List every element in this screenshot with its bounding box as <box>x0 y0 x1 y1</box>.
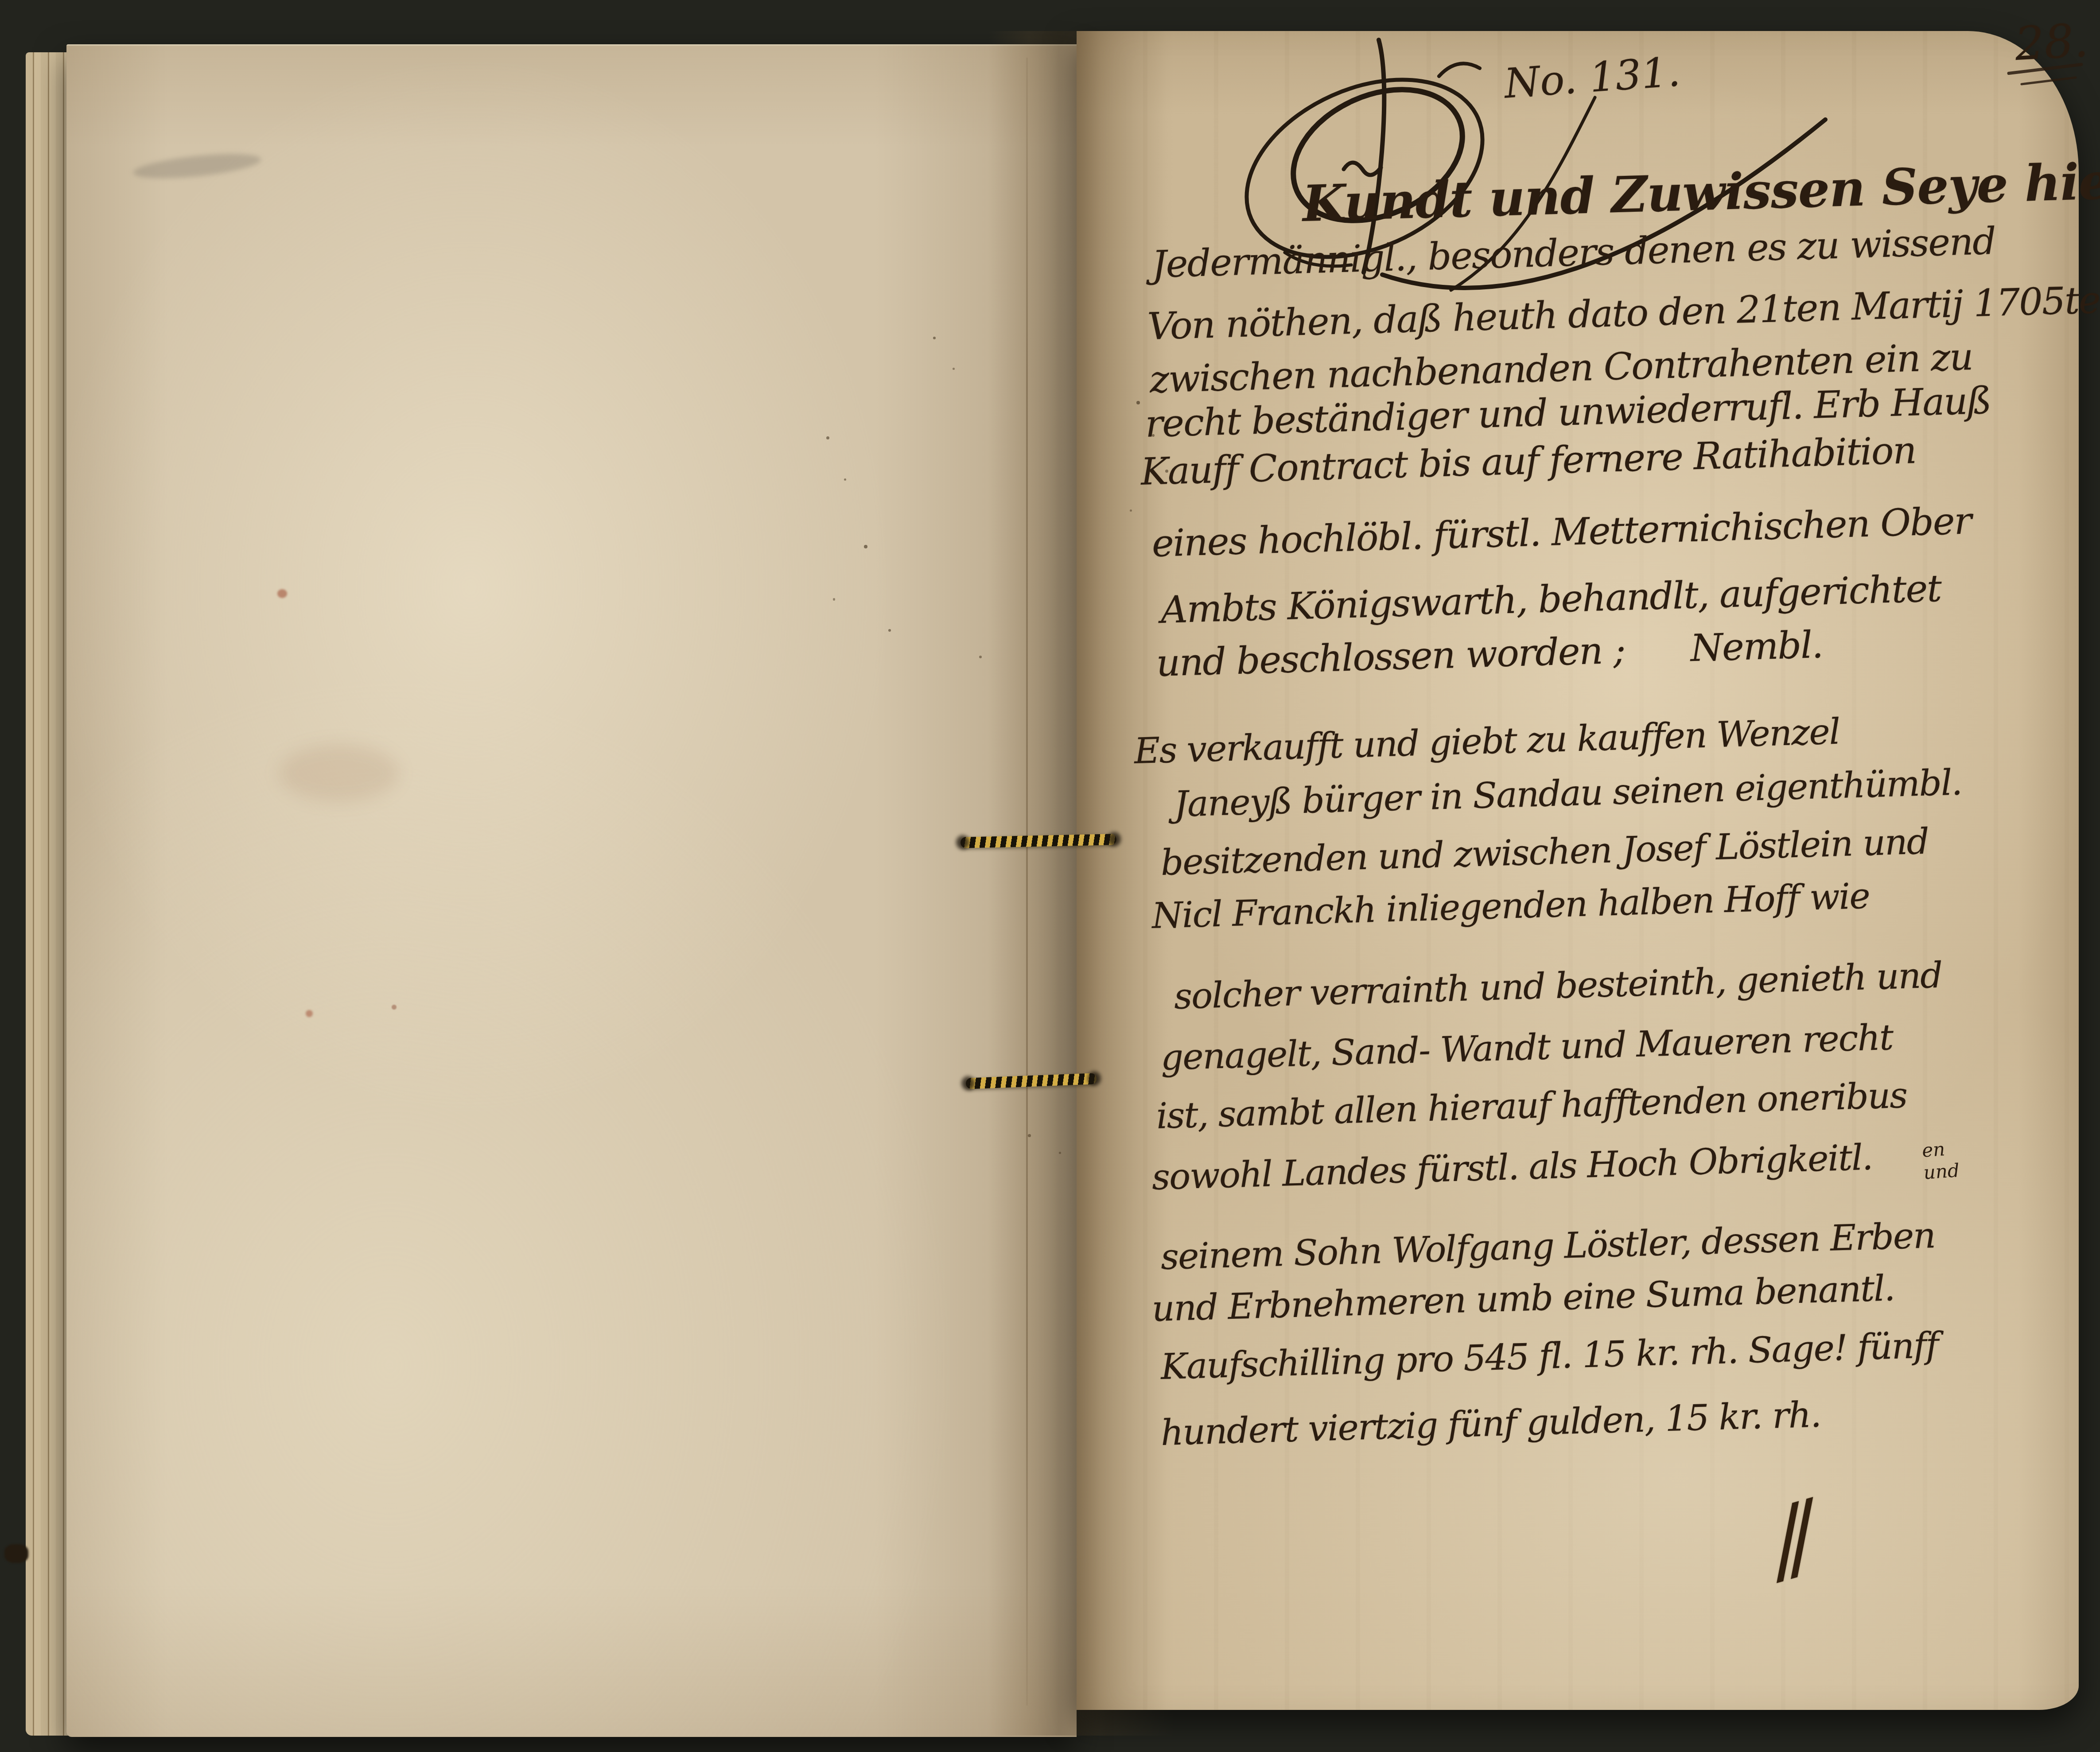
ink-speck <box>826 436 829 439</box>
ink-speck <box>933 337 936 339</box>
fox-stain <box>279 744 399 802</box>
ink-speck <box>844 478 846 481</box>
book-gutter-shadow <box>988 31 1174 1736</box>
interlinear-insertion: en und <box>1921 1137 1960 1184</box>
fox-stain <box>306 1010 313 1017</box>
ink-speck <box>888 629 891 632</box>
left-page-blank <box>66 44 1077 1737</box>
folio-number: 28. <box>2014 13 2090 71</box>
ink-speck <box>979 656 982 658</box>
gutter-fold-crease <box>1026 58 1028 1705</box>
ink-speck <box>864 545 867 548</box>
fox-stain <box>392 1005 397 1010</box>
fox-stain <box>277 589 287 598</box>
manuscript-book-scan: No. 131. 28. Kundt und Zuwissen Seye hie… <box>0 0 2100 1752</box>
ink-blot-edge <box>4 1544 28 1563</box>
insertion-bottom: und <box>1923 1160 1960 1185</box>
insertion-top: en <box>1921 1137 1959 1162</box>
ink-speck <box>953 368 955 370</box>
ink-speck <box>833 598 835 601</box>
